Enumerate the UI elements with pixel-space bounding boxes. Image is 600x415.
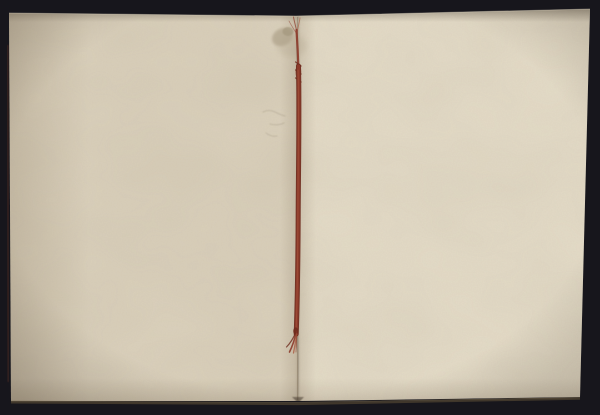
manuscript-photo [0,0,600,415]
paper-shading [0,0,600,415]
cover-edge [8,45,9,382]
book-photo-canvas [0,0,600,415]
cord-shaft [296,66,299,334]
crease-streak [295,350,297,376]
